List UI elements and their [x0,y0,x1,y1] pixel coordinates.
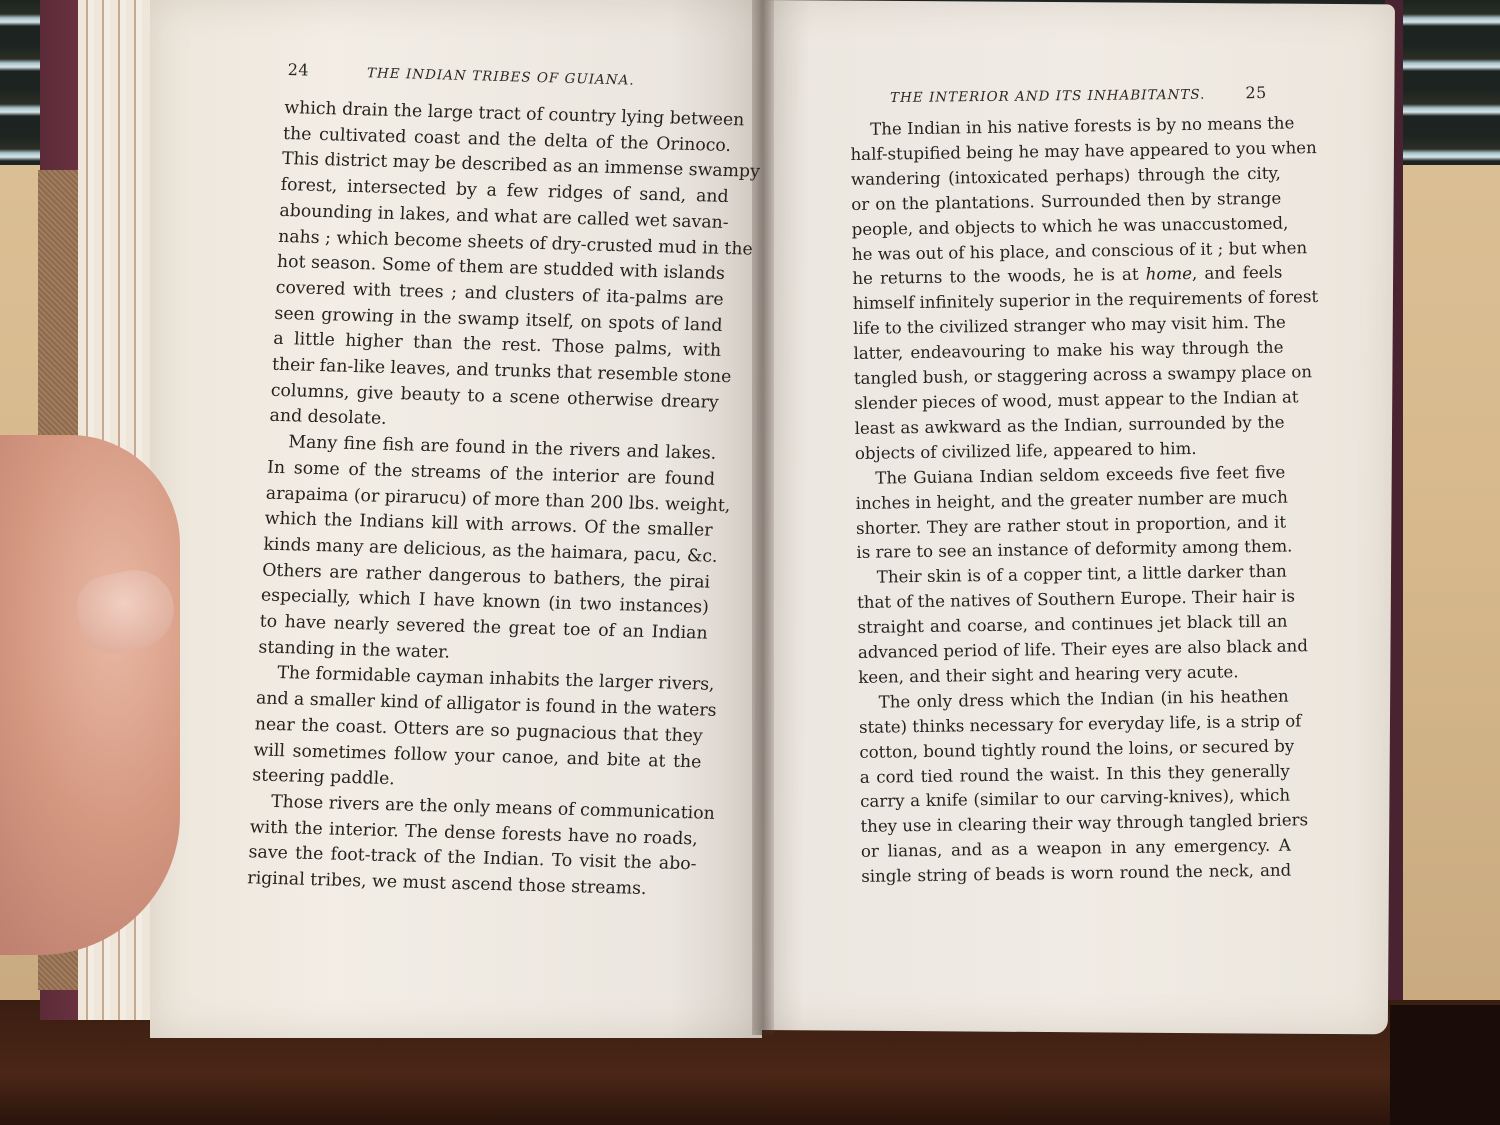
right-page-body: The Indian in his native forests is by n… [850,112,1291,890]
page-number: 24 [287,60,309,80]
paragraph: Their skin is of a copper tint, a little… [857,560,1289,691]
paragraph: Those rivers are the only means of commu… [247,789,700,904]
book-gutter [752,0,774,1035]
paragraph: The formidable cayman inhabits the large… [252,661,706,802]
paragraph: The Guiana Indian seldom exceeds five fe… [855,460,1286,566]
paragraph: The only dress which the Indian (in his … [858,684,1291,890]
thumb-holding-page [0,435,180,955]
running-head-title: THE INTERIOR AND ITS INHABITANTS. [890,87,1205,106]
right-running-head: THE INTERIOR AND ITS INHABITANTS. 25 [890,83,1267,106]
paragraph: The Indian in his native forests is by n… [850,112,1285,467]
paragraph: which drain the large tract of country l… [269,96,733,442]
paragraph: Many fine fish are found in the rivers a… [258,430,717,673]
left-page-body: which drain the large tract of country l… [247,96,733,904]
page-number: 25 [1245,83,1267,102]
shadow-background [1390,1005,1500,1125]
